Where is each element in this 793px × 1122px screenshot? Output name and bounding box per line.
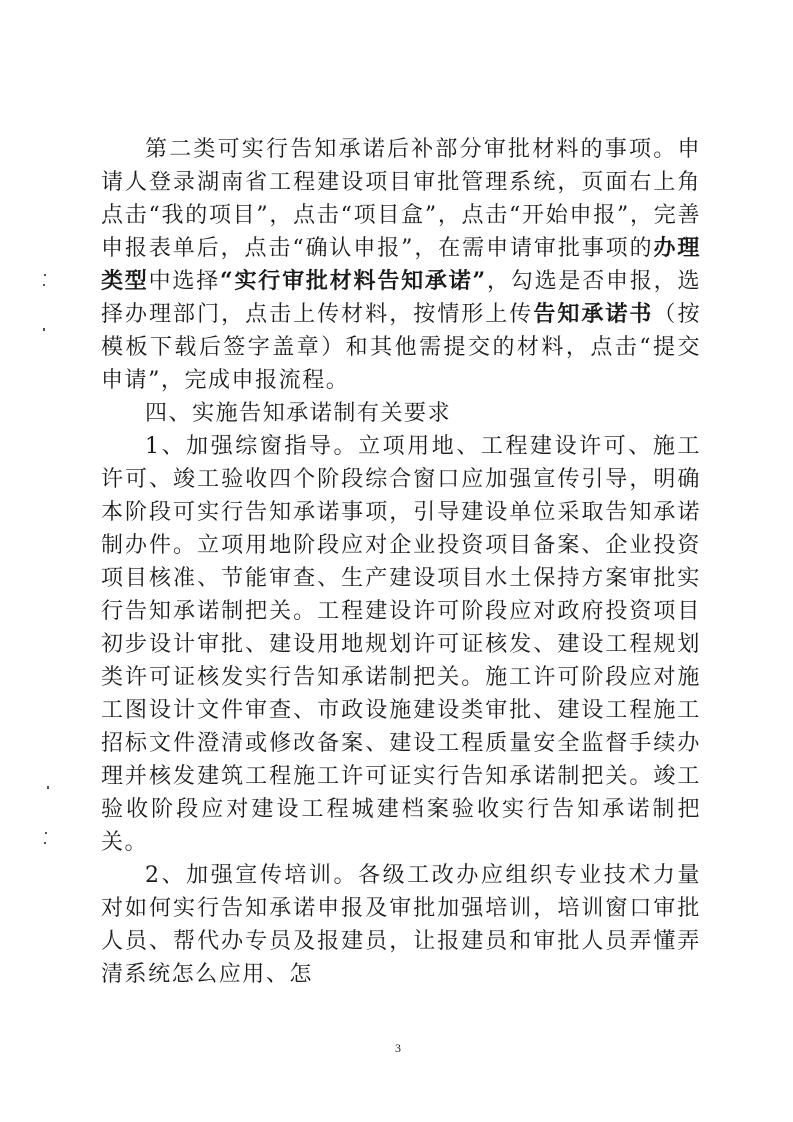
scan-speck	[47, 786, 49, 789]
text-segment: 第二类可实行告知承诺后补部分审批材料的事项。申请人登录湖南省工程建设项目审批管理…	[101, 137, 701, 261]
scan-speck	[44, 274, 46, 276]
scan-speck	[45, 832, 47, 834]
scan-speck	[43, 284, 45, 286]
paragraph-training: 2、加强宣传培训。各级工改办应组织专业技术力量对如何实行告知承诺申报及审批加强培…	[101, 859, 701, 991]
section-heading: 四、实施告知承诺制有关要求	[101, 397, 701, 430]
bold-text-segment: “实行审批材料告知承诺”	[220, 268, 487, 294]
scan-speck	[43, 328, 45, 331]
scan-speck	[44, 842, 46, 844]
page-number: 3	[392, 1041, 404, 1056]
paragraph-window-guidance: 1、加强综窗指导。立项用地、工程建设许可、施工许可、竣工验收四个阶段综合窗口应加…	[101, 430, 701, 859]
text-segment: 中选择	[149, 269, 220, 294]
bold-text-segment: 告知承诺书	[533, 301, 653, 327]
document-body: 第二类可实行告知承诺后补部分审批材料的事项。申请人登录湖南省工程建设项目审批管理…	[101, 133, 701, 991]
paragraph-declaration-procedure: 第二类可实行告知承诺后补部分审批材料的事项。申请人登录湖南省工程建设项目审批管理…	[101, 133, 701, 397]
document-page: 第二类可实行告知承诺后补部分审批材料的事项。申请人登录湖南省工程建设项目审批管理…	[0, 0, 793, 1122]
